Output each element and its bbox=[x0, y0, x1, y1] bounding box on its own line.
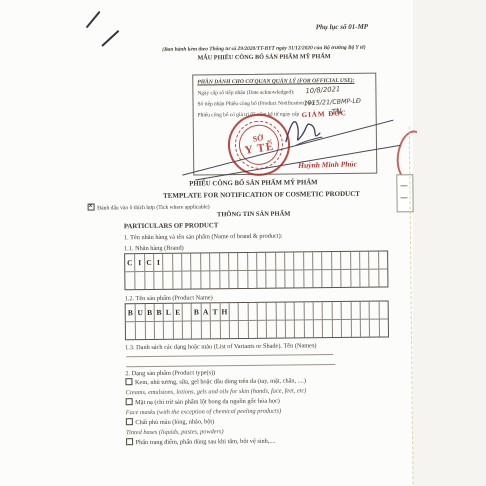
letter-cell[interactable] bbox=[294, 269, 304, 287]
letter-cell[interactable] bbox=[257, 320, 267, 338]
letter-cell[interactable] bbox=[247, 253, 257, 270]
letter-cell[interactable] bbox=[331, 269, 341, 287]
template-title-vi: MẪU PHIẾU CÔNG BỐ SẢN PHẨM MỸ PHẨM bbox=[94, 52, 434, 63]
document-sheet: Phụ lục số 01-MP (Ban hành kèm theo Thôn… bbox=[0, 0, 486, 486]
product-type-checkbox[interactable] bbox=[125, 378, 132, 385]
letter-cell[interactable] bbox=[350, 252, 360, 269]
letter-cell[interactable] bbox=[276, 320, 286, 338]
letter-cell[interactable]: A bbox=[200, 303, 210, 320]
letter-cell[interactable] bbox=[359, 269, 369, 287]
letter-cell[interactable] bbox=[322, 302, 332, 319]
notification-number-label: Số tiếp nhận Phiếu công bố (Product Noti… bbox=[198, 100, 316, 107]
letter-cell[interactable] bbox=[200, 270, 210, 288]
letter-cell[interactable] bbox=[303, 252, 313, 269]
product-type-label-vi: Phấn trang điểm, phấn dùng sau khi tắm, … bbox=[136, 438, 276, 446]
letter-cell[interactable] bbox=[284, 269, 294, 287]
letter-cell[interactable] bbox=[304, 319, 314, 337]
product-letter-grid[interactable]: BUBBLEBATH bbox=[125, 300, 389, 340]
letter-cell[interactable] bbox=[350, 269, 360, 287]
q1-label: 1. Tên nhãn hàng và tên sản phẩm (Name o… bbox=[124, 233, 283, 242]
letter-cell[interactable] bbox=[173, 321, 183, 339]
letter-cell[interactable]: L bbox=[163, 304, 173, 321]
letter-cell[interactable]: B bbox=[144, 304, 154, 321]
letter-cell[interactable] bbox=[135, 271, 145, 289]
letter-cell[interactable] bbox=[368, 252, 378, 269]
signature-icon bbox=[282, 111, 334, 157]
letter-cell[interactable] bbox=[144, 271, 154, 289]
letter-cell[interactable]: H bbox=[219, 303, 229, 320]
letter-cell[interactable]: E bbox=[172, 304, 182, 321]
product-type-list: Kem, nhũ tương, sữa, gel hoặc dầu dùng t… bbox=[125, 375, 406, 448]
letter-cell[interactable] bbox=[340, 269, 350, 287]
letter-cell[interactable] bbox=[219, 270, 229, 288]
letter-cell[interactable] bbox=[191, 320, 201, 338]
product-type-label-vi: Kem, nhũ tương, sữa, gel hoặc dầu dùng t… bbox=[135, 377, 306, 386]
letter-cell[interactable] bbox=[163, 271, 173, 289]
letter-cell[interactable]: C bbox=[125, 254, 135, 271]
tick-note-text: Đánh dấu vào ô thích hợp (Tick where app… bbox=[97, 204, 209, 211]
letter-cell[interactable] bbox=[191, 253, 201, 270]
letter-cell[interactable] bbox=[181, 271, 191, 289]
appendix-label: Phụ lục số 01-MP bbox=[316, 23, 368, 32]
letter-cell[interactable] bbox=[266, 270, 276, 288]
letter-cell[interactable] bbox=[275, 270, 285, 288]
letter-cell[interactable] bbox=[312, 269, 322, 287]
notification-number-value: 1915/21/CBMP-LĐ bbox=[303, 97, 361, 108]
letter-cell[interactable]: C bbox=[144, 254, 154, 271]
letter-cell[interactable] bbox=[163, 321, 173, 339]
letter-cell[interactable] bbox=[125, 271, 135, 289]
letter-cell[interactable] bbox=[369, 302, 379, 319]
scanned-page: Phụ lục số 01-MP (Ban hành kèm theo Thôn… bbox=[0, 0, 486, 486]
section-info-en: PARTICULARS OF PRODUCT bbox=[124, 222, 219, 230]
letter-cell[interactable] bbox=[350, 302, 360, 319]
letter-cell[interactable] bbox=[172, 254, 182, 271]
letter-cell[interactable]: I bbox=[134, 254, 144, 271]
letter-cell[interactable] bbox=[191, 270, 201, 288]
letter-cell[interactable] bbox=[378, 251, 388, 268]
letter-cell[interactable] bbox=[294, 252, 304, 269]
letter-cell[interactable] bbox=[201, 320, 211, 338]
q1-3-label: 1.3. Danh sách các dạng hoặc màu (List o… bbox=[125, 342, 316, 351]
letter-cell[interactable] bbox=[247, 270, 257, 288]
letter-cell[interactable] bbox=[303, 269, 313, 287]
letter-cell[interactable] bbox=[153, 271, 163, 289]
letter-cell[interactable] bbox=[238, 320, 248, 338]
letter-cell[interactable] bbox=[257, 303, 267, 320]
letter-cell[interactable] bbox=[378, 301, 388, 318]
letter-cell[interactable] bbox=[219, 320, 229, 338]
letter-cell[interactable] bbox=[181, 254, 191, 271]
letter-cell[interactable] bbox=[229, 303, 239, 320]
letter-cell[interactable] bbox=[294, 302, 304, 319]
letter-cell[interactable] bbox=[284, 252, 294, 269]
letter-cell[interactable] bbox=[331, 252, 341, 269]
letter-cell[interactable] bbox=[256, 270, 266, 288]
product-type-label-vi: Mặt nạ (chỉ trừ sản phẩm lột bong da ngu… bbox=[135, 398, 280, 407]
letter-cell[interactable] bbox=[313, 302, 323, 319]
product-type-label-vi: Chất phủ màu (lỏng, nhão, bột) bbox=[135, 418, 214, 426]
letter-cell[interactable] bbox=[209, 253, 219, 270]
letter-cell[interactable] bbox=[341, 319, 351, 337]
letter-cell[interactable] bbox=[247, 303, 257, 320]
letter-cell[interactable] bbox=[332, 319, 342, 337]
letter-cell[interactable] bbox=[163, 254, 173, 271]
variants-blank-line[interactable] bbox=[126, 364, 335, 367]
q2-label: 2. Dạng sản phẩm (Product type(s)) bbox=[125, 369, 215, 377]
letter-cell[interactable] bbox=[378, 268, 388, 286]
letter-cell[interactable]: I bbox=[153, 254, 163, 271]
letter-cell[interactable] bbox=[350, 319, 360, 337]
letter-cell[interactable] bbox=[359, 252, 369, 269]
letter-cell[interactable] bbox=[294, 319, 304, 337]
letter-cell[interactable] bbox=[331, 302, 341, 319]
product-type-option[interactable]: Phấn trang điểm, phấn dùng sau khi tắm, … bbox=[126, 435, 406, 448]
letter-cell[interactable] bbox=[265, 253, 275, 270]
letter-cell[interactable] bbox=[229, 320, 239, 338]
letter-cell[interactable] bbox=[275, 303, 285, 320]
pen-stroke-icon bbox=[86, 11, 101, 28]
letter-cell[interactable] bbox=[378, 318, 388, 336]
date-acknowledged-label: Ngày cấp số tiếp nhận (Date acknowledged… bbox=[197, 89, 294, 96]
letter-cell[interactable] bbox=[340, 252, 350, 269]
letter-cell[interactable] bbox=[228, 253, 238, 270]
letter-cell[interactable]: B bbox=[154, 304, 164, 321]
letter-cell[interactable] bbox=[285, 319, 295, 337]
letter-cell[interactable]: U bbox=[135, 304, 145, 321]
letter-cell[interactable] bbox=[322, 269, 332, 287]
letter-cell[interactable] bbox=[247, 320, 257, 338]
letter-cell[interactable] bbox=[238, 303, 248, 320]
letter-cell[interactable] bbox=[285, 302, 295, 319]
letter-cell[interactable] bbox=[266, 303, 276, 320]
letter-cell[interactable] bbox=[172, 271, 182, 289]
letter-cell[interactable] bbox=[228, 270, 238, 288]
q1-2-label: 1.2. Tên sản phẩm (Product Name) bbox=[125, 294, 213, 302]
product-type-checkbox[interactable] bbox=[126, 418, 133, 425]
letter-cell[interactable] bbox=[322, 319, 332, 337]
letter-cell[interactable] bbox=[210, 320, 220, 338]
letter-cell[interactable]: B bbox=[191, 303, 201, 320]
letter-cell[interactable] bbox=[369, 269, 379, 287]
form-title-vi: PHIẾU CÔNG BỐ SẢN PHẨM MỸ PHẨM bbox=[103, 178, 403, 188]
letter-cell[interactable] bbox=[209, 270, 219, 288]
letter-cell[interactable]: B bbox=[126, 304, 136, 321]
letter-cell[interactable] bbox=[200, 253, 210, 270]
letter-cell[interactable] bbox=[360, 319, 370, 337]
letter-cell[interactable] bbox=[182, 321, 192, 339]
letter-cell[interactable] bbox=[360, 302, 370, 319]
letter-cell[interactable] bbox=[237, 253, 247, 270]
letter-cell[interactable] bbox=[256, 253, 266, 270]
letter-cell[interactable] bbox=[313, 319, 323, 337]
letter-cell[interactable] bbox=[238, 270, 248, 288]
letter-cell[interactable]: T bbox=[210, 303, 220, 320]
letter-cell[interactable] bbox=[266, 320, 276, 338]
official-box-heading: PHẦN DÀNH CHO CƠ QUAN QUẢN LÝ (FOR OFFIC… bbox=[197, 78, 354, 86]
letter-cell[interactable] bbox=[154, 321, 164, 339]
q1-1-label: 1.1. Nhãn hàng (Brand) bbox=[124, 245, 184, 253]
tick-note: Đánh dấu vào ô thích hợp (Tick where app… bbox=[88, 202, 210, 211]
letter-cell[interactable] bbox=[135, 321, 145, 339]
form-title-en: TEMPLATE FOR NOTIFICATION OF COSMETIC PR… bbox=[103, 189, 419, 200]
brand-letter-grid[interactable]: CICI bbox=[124, 250, 388, 290]
letter-cell[interactable] bbox=[145, 321, 155, 339]
product-type-checkbox[interactable] bbox=[126, 438, 133, 445]
product-type-checkbox[interactable] bbox=[126, 398, 133, 405]
letter-cell[interactable] bbox=[369, 319, 379, 337]
pen-stroke-icon bbox=[101, 30, 119, 47]
letter-cell[interactable] bbox=[182, 304, 192, 321]
letter-cell[interactable] bbox=[322, 252, 332, 269]
date-acknowledged-value: 10/8/2021 bbox=[305, 85, 340, 95]
letter-cell[interactable] bbox=[341, 302, 351, 319]
letter-cell[interactable] bbox=[219, 253, 229, 270]
letter-cell[interactable] bbox=[126, 321, 136, 339]
letter-cell[interactable] bbox=[312, 252, 322, 269]
tick-note-checkbox[interactable] bbox=[88, 204, 95, 211]
letter-cell[interactable] bbox=[275, 253, 285, 270]
letter-cell[interactable] bbox=[303, 302, 313, 319]
variants-blank-line[interactable] bbox=[126, 354, 333, 357]
